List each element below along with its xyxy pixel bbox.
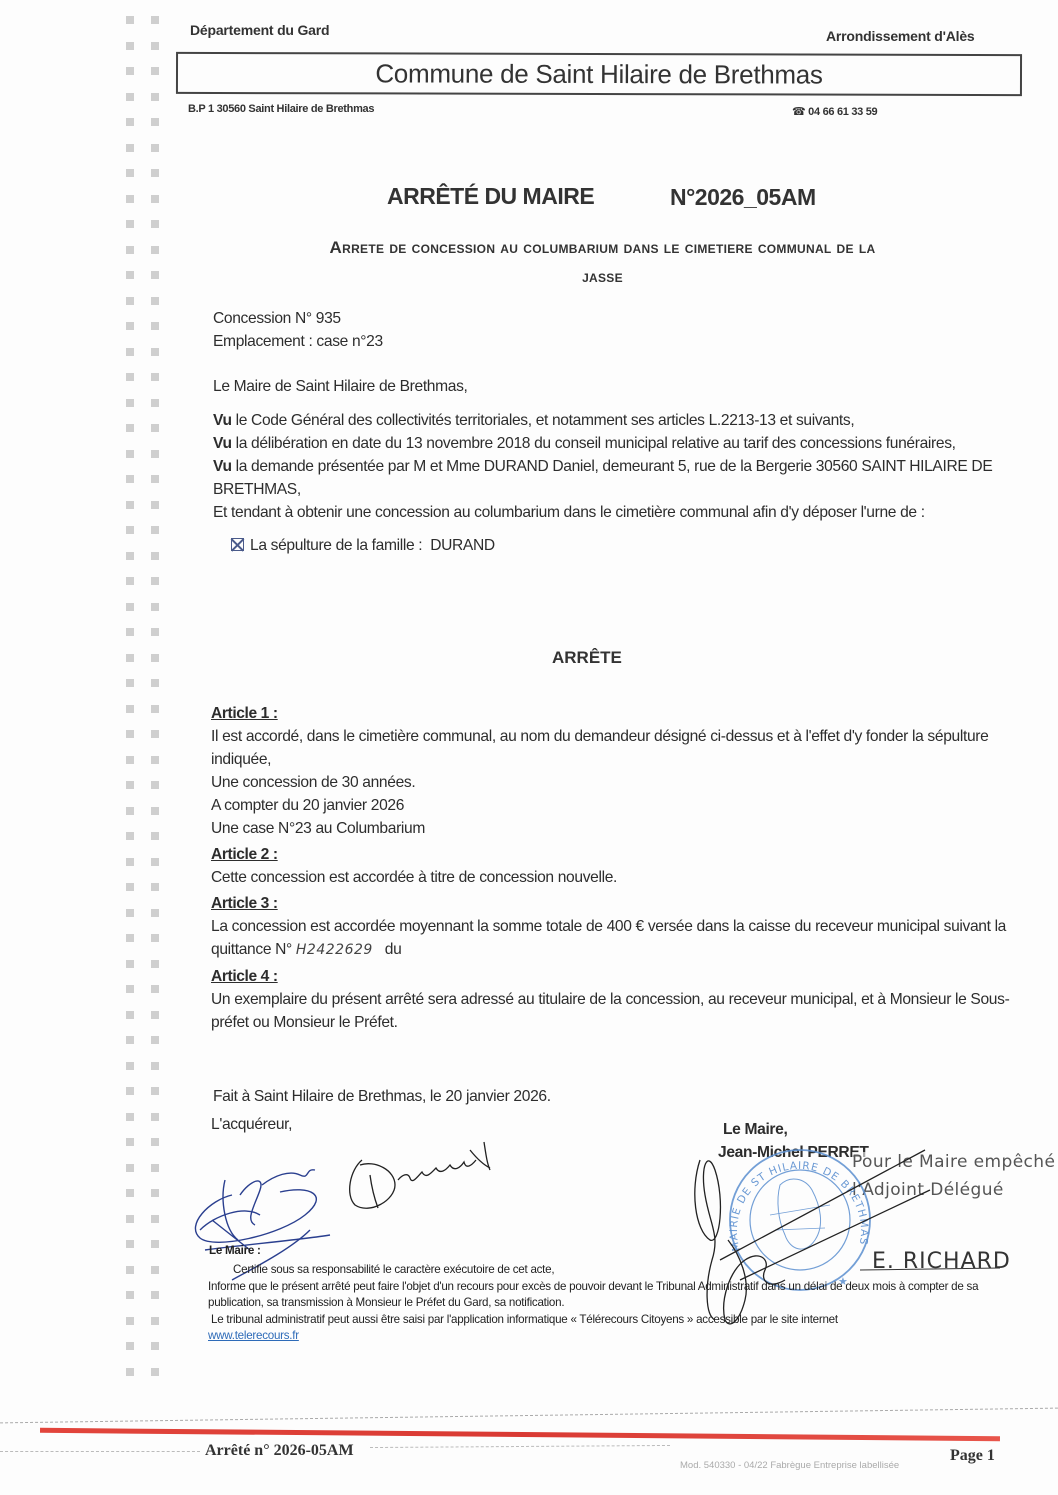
telerecours-link[interactable]: www.telerecours.fr (208, 1329, 299, 1342)
footer-reference: Arrêté n° 2026-05AM (205, 1442, 354, 1460)
legal-line-1: Certifie sous sa responsabilité le carac… (208, 1262, 993, 1279)
legal-label: Le Maire : (209, 1243, 261, 1260)
legal-line-3: Le tribunal administratif peut aussi êtr… (208, 1312, 993, 1329)
acquirer-signature-2 (350, 1142, 490, 1208)
footer-model: Mod. 540330 - 04/22 Fabrègue Entreprise … (680, 1460, 899, 1471)
legal-notice: Certifie sous sa responsabilité le carac… (208, 1262, 993, 1345)
page-number: Page 1 (950, 1447, 995, 1465)
footer-dash-left (0, 1451, 200, 1452)
legal-line-2: Informe que le présent arrêté peut faire… (208, 1279, 993, 1312)
seal-text: MAIRIE DE ST HILAIRE DE BRETHMAS (728, 1160, 870, 1252)
